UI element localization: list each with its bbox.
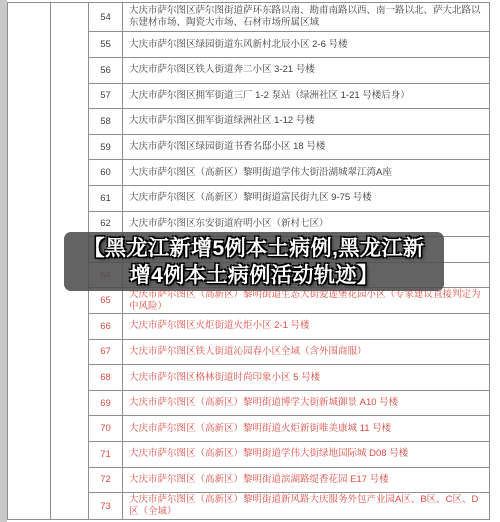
- headline-overlay-text: 【黑龙江新增5例本土病例,黑龙江新 增4例本土病例活动轨迹】: [44, 231, 464, 293]
- row-number: 56: [89, 58, 123, 83]
- table-row: 56 大庆市萨尔图区铁人街道奔二小区 3-21 号楼: [89, 58, 489, 84]
- row-address: 大庆市萨尔图区火炬街道火炬小区 2-1 号楼: [123, 314, 489, 339]
- page-left-margin: [0, 0, 7, 522]
- row-number: 59: [89, 135, 123, 160]
- row-address: 大庆市萨尔图区绿园街道东风新村北辰小区 2-6 号楼: [123, 32, 489, 57]
- row-number: 72: [89, 468, 123, 493]
- headline-line-2: 增4例本土病例活动轨迹】: [130, 262, 379, 289]
- row-address: 大庆市萨尔图区（高新区）黎明街道富民街九区 9-75 号楼: [123, 186, 489, 211]
- row-address: 大庆市萨尔图区萨尔图街道萨环东路以南、勘甫南路以西、南一路以北、萨大北路以东建材…: [123, 3, 489, 31]
- row-address: 大庆市萨尔图区拥军街道绿洲社区 1-12 号楼: [123, 109, 489, 134]
- row-address: 大庆市萨尔图区（高新区）黎明街道博学大街新城御景 A10 号楼: [123, 391, 489, 416]
- row-number: 68: [89, 365, 123, 390]
- table-row: 57 大庆市萨尔图区拥军街道三厂 1-2 泵站（绿洲社区 1-21 号楼后身）: [89, 84, 489, 110]
- row-number: 54: [89, 3, 123, 31]
- row-address: 大庆市萨尔图区铁人街道沁园春小区全域（含外围商服）: [123, 340, 489, 365]
- row-number: 58: [89, 109, 123, 134]
- row-number: 61: [89, 186, 123, 211]
- row-address: 大庆市萨尔图区铁人街道奔二小区 3-21 号楼: [123, 58, 489, 83]
- table-row: 54 大庆市萨尔图区萨尔图街道萨环东路以南、勘甫南路以西、南一路以北、萨大北路以…: [89, 3, 489, 32]
- row-number: 71: [89, 442, 123, 467]
- row-address: 大庆市萨尔图区（高新区）黎明街道新风路大庆服务外包产业园A区、B区、C区、D区（…: [123, 493, 489, 519]
- headline-line-1: 【黑龙江新增5例本土病例,黑龙江新: [83, 235, 424, 262]
- table-row: 60 大庆市萨尔图区（高新区）黎明街道学伟大街沿湖城翠江湾A座: [89, 160, 489, 186]
- table-row: 70 大庆市萨尔图区（高新区）黎明街道火炬新街唯美康城 11 号楼: [89, 416, 489, 442]
- table-row: 72 大庆市萨尔图区（高新区）黎明街道滨湖路缇香花园 E17 号楼: [89, 468, 489, 494]
- row-number: 57: [89, 84, 123, 109]
- row-number: 70: [89, 416, 123, 441]
- row-number: 69: [89, 391, 123, 416]
- row-number: 55: [89, 32, 123, 57]
- row-address: 大庆市萨尔图区（高新区）黎明街道火炬新街唯美康城 11 号楼: [123, 416, 489, 441]
- table-row: 71 大庆市萨尔图区（高新区）黎明街道学伟大街绿地国际城 D08 号楼: [89, 442, 489, 468]
- row-address: 大庆市萨尔图区（高新区）黎明街道学伟大街绿地国际城 D08 号楼: [123, 442, 489, 467]
- table-row: 55 大庆市萨尔图区绿园街道东风新村北辰小区 2-6 号楼: [89, 32, 489, 58]
- row-address: 大庆市萨尔图区拥军街道三厂 1-2 泵站（绿洲社区 1-21 号楼后身）: [123, 84, 489, 109]
- table-row: 59 大庆市萨尔图区绿园街道书香名邸小区 18 号楼: [89, 135, 489, 161]
- table-row: 68 大庆市萨尔图区格林街道时尚印象小区 5 号楼: [89, 365, 489, 391]
- table-row: 66 大庆市萨尔图区火炬街道火炬小区 2-1 号楼: [89, 314, 489, 340]
- table-row: 69 大庆市萨尔图区（高新区）黎明街道博学大街新城御景 A10 号楼: [89, 391, 489, 417]
- row-number: 67: [89, 340, 123, 365]
- row-number: 66: [89, 314, 123, 339]
- table-row: 61 大庆市萨尔图区（高新区）黎明街道富民街九区 9-75 号楼: [89, 186, 489, 212]
- table-row: 67 大庆市萨尔图区铁人街道沁园春小区全域（含外围商服）: [89, 340, 489, 366]
- row-address: 大庆市萨尔图区（高新区）黎明街道滨湖路缇香花园 E17 号楼: [123, 468, 489, 493]
- row-number: 60: [89, 160, 123, 185]
- row-address: 大庆市萨尔图区格林街道时尚印象小区 5 号楼: [123, 365, 489, 390]
- row-address: 大庆市萨尔图区（高新区）黎明街道学伟大街沿湖城翠江湾A座: [123, 160, 489, 185]
- row-address: 大庆市萨尔图区绿园街道书香名邸小区 18 号楼: [123, 135, 489, 160]
- table-row: 58 大庆市萨尔图区拥军街道绿洲社区 1-12 号楼: [89, 109, 489, 135]
- row-number: 73: [89, 493, 123, 519]
- table-row: 73 大庆市萨尔图区（高新区）黎明街道新风路大庆服务外包产业园A区、B区、C区、…: [89, 493, 489, 519]
